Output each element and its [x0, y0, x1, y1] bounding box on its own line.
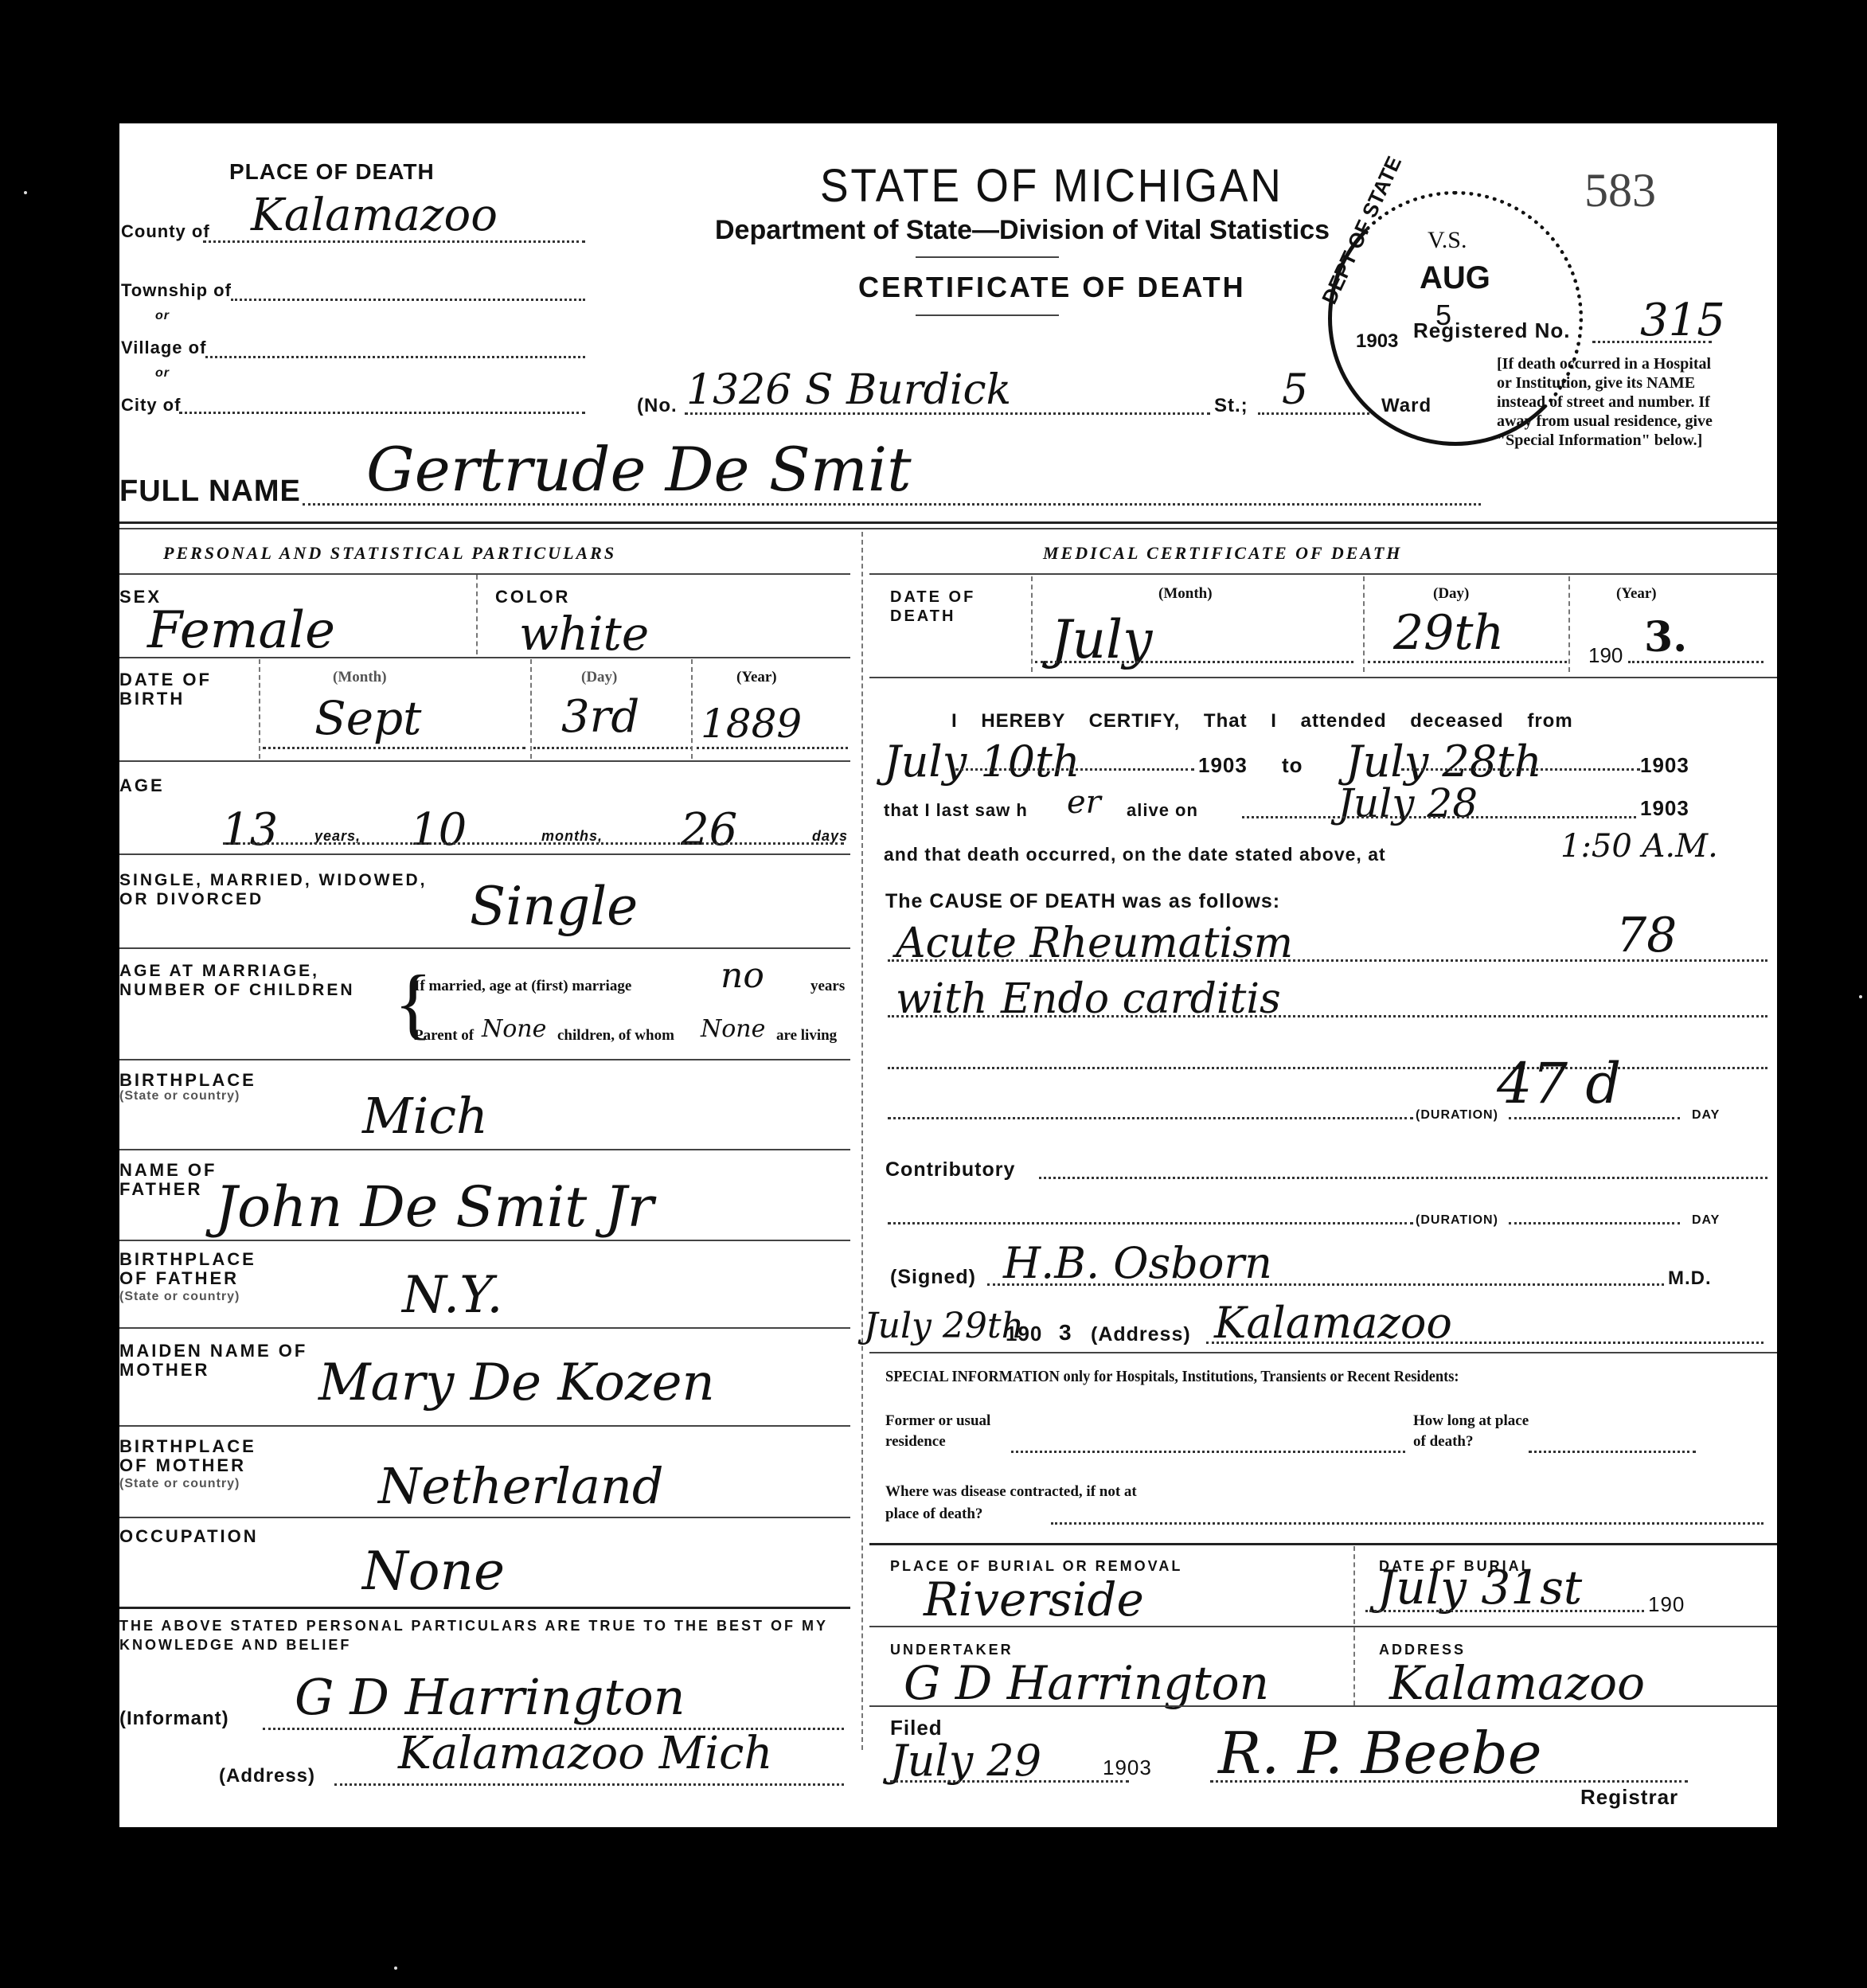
- registered-no-underline: [1592, 341, 1712, 343]
- registrar-label: Registrar: [1580, 1785, 1678, 1810]
- township-label: Township of: [121, 280, 232, 301]
- attest-text: THE ABOVE STATED PERSONAL PARTICULARS AR…: [119, 1616, 836, 1654]
- village-line[interactable]: [205, 356, 585, 358]
- state-title: STATE OF MICHIGAN: [820, 159, 1283, 213]
- film-speck: [394, 1967, 397, 1970]
- mother-label: MAIDEN NAME OF MOTHER: [119, 1342, 318, 1380]
- duration-value[interactable]: 47 d: [1497, 1051, 1621, 1116]
- last-saw-text-2: alive on: [1127, 800, 1198, 821]
- cause-line-1-underline: [888, 959, 1767, 962]
- ward-label: Ward: [1381, 395, 1431, 417]
- signed-line: [987, 1283, 1664, 1286]
- children-text-3: are living: [776, 1027, 837, 1045]
- signed-value[interactable]: H.B. Osborn: [1003, 1238, 1272, 1288]
- dod-day-line: [1368, 661, 1567, 663]
- age-line: [223, 842, 844, 845]
- row-line: [119, 657, 850, 658]
- dob-label: DATE OF BIRTH: [119, 670, 239, 709]
- burial-date-line: [1365, 1610, 1644, 1612]
- dod-label: DATE OF DEATH: [890, 588, 986, 626]
- row-line: [119, 760, 850, 762]
- divider: [916, 314, 1059, 316]
- serial-number: 583: [1584, 163, 1656, 218]
- last-saw-text-1: that I last saw h: [884, 800, 1028, 821]
- marriage-age-value[interactable]: no: [721, 955, 764, 996]
- attended-from-value[interactable]: July 10th: [884, 736, 1080, 787]
- age-days-value[interactable]: 26: [681, 804, 737, 856]
- children-value[interactable]: None: [482, 1015, 546, 1043]
- sign-date[interactable]: July 29th: [864, 1306, 1024, 1346]
- village-label: Village of: [121, 338, 206, 358]
- street-value[interactable]: 1326 S Burdick: [686, 366, 1011, 414]
- disease-contracted-label: Where was disease contracted, if not at …: [885, 1481, 1148, 1525]
- color-label: COLOR: [495, 588, 570, 607]
- contributory-line[interactable]: [1039, 1177, 1767, 1179]
- last-saw-line: [1242, 816, 1636, 818]
- last-saw-date[interactable]: July 28: [1338, 780, 1478, 826]
- film-speck: [1859, 995, 1862, 998]
- duration-unit-2: DAYS: [1692, 1213, 1720, 1228]
- birthplace-value[interactable]: Mich: [362, 1087, 488, 1145]
- occupation-value[interactable]: None: [362, 1541, 505, 1602]
- father-label: NAME OF FATHER: [119, 1161, 231, 1199]
- how-long-label: How long at place of death?: [1413, 1411, 1533, 1452]
- md-label: M.D.: [1668, 1267, 1712, 1290]
- row-line: [869, 1543, 1777, 1545]
- dod-month-label: (Month): [1158, 585, 1213, 603]
- children-text-1: Parent of: [414, 1027, 474, 1045]
- year-3: 1903: [1640, 796, 1689, 821]
- marriage-label: AGE AT MARRIAGE, NUMBER OF CHILDREN: [119, 962, 374, 1000]
- dob-day-label: (Day): [581, 669, 617, 686]
- registrar-signature[interactable]: R. P. Beebe: [1218, 1720, 1541, 1787]
- former-residence-label: Former or usual residence: [885, 1411, 1005, 1452]
- father-birthplace-value[interactable]: N.Y.: [402, 1266, 503, 1325]
- divider: [916, 256, 1059, 258]
- row-line: [869, 573, 1777, 575]
- row-line: [119, 1327, 850, 1329]
- or-label: or: [155, 366, 170, 381]
- sign-year-prefix: 190: [1006, 1322, 1042, 1346]
- dob-month-label: (Month): [333, 669, 387, 686]
- burial-date-year: 190: [1648, 1592, 1685, 1617]
- living-value[interactable]: None: [701, 1015, 765, 1043]
- color-value[interactable]: white: [519, 607, 649, 661]
- informant-address-label: (Address): [219, 1765, 315, 1787]
- age-label: AGE: [119, 776, 165, 795]
- street-no-label: (No.: [637, 395, 678, 417]
- dob-month-value[interactable]: Sept: [314, 691, 422, 745]
- burial-date-value[interactable]: July 31st: [1377, 1560, 1582, 1615]
- filed-date[interactable]: July 29: [890, 1736, 1041, 1786]
- marriage-age-text: If married, age at (first) marriage: [414, 978, 631, 995]
- city-label: City of: [121, 395, 181, 416]
- cell-divider: [1568, 576, 1570, 672]
- cause-line-1-duration[interactable]: 78: [1616, 908, 1677, 963]
- registered-no-value: 315: [1640, 295, 1725, 346]
- dod-year-prefix: 190: [1588, 643, 1623, 668]
- how-long-line[interactable]: [1529, 1451, 1696, 1453]
- cause-line-3-underline: [888, 1067, 1767, 1069]
- dob-day-line: [533, 747, 693, 749]
- duration-label: (DURATION): [1416, 1108, 1498, 1123]
- burial-place-value[interactable]: Riverside: [924, 1572, 1144, 1627]
- st-label: St.;: [1214, 395, 1248, 417]
- filed-year: 1903: [1103, 1756, 1152, 1780]
- birthplace-sub: (State or country): [119, 1089, 240, 1103]
- row-line: [119, 853, 850, 855]
- contributory-line-2: [888, 1222, 1413, 1224]
- age-years-value[interactable]: 13: [221, 804, 278, 856]
- stamp-month: AUG: [1420, 260, 1490, 296]
- dob-month-line: [263, 747, 525, 749]
- mother-birthplace-sub: (State or country): [119, 1477, 240, 1491]
- row-line: [869, 677, 1777, 678]
- attended-from-line: [955, 768, 1194, 771]
- cell-divider: [476, 575, 478, 654]
- cell-divider: [1031, 576, 1033, 672]
- registrar-line: [1210, 1780, 1688, 1783]
- cell-divider: [530, 659, 532, 759]
- hospital-note: [If death occurred in a Hospital or Inst…: [1497, 354, 1720, 514]
- dob-year-value[interactable]: 1889: [701, 701, 802, 747]
- death-time-text: and that death occurred, on the date sta…: [884, 844, 1386, 865]
- last-saw-pronoun[interactable]: er: [1067, 784, 1101, 821]
- dod-year-label: (Year): [1616, 585, 1657, 603]
- ward-value[interactable]: 5: [1282, 366, 1308, 414]
- dod-year-value[interactable]: 3.: [1644, 613, 1687, 662]
- attended-to-line: [1401, 768, 1640, 771]
- occupation-label: OCCUPATION: [119, 1527, 259, 1546]
- or-label: or: [155, 309, 170, 323]
- film-speck: [24, 191, 27, 194]
- sign-address-line: [1206, 1342, 1763, 1344]
- section-divider: [119, 521, 1777, 524]
- sign-address-label: (Address): [1091, 1323, 1191, 1346]
- stamp-year: 1903: [1356, 330, 1398, 353]
- row-line: [119, 1425, 850, 1427]
- birthplace-label: BIRTHPLACE: [119, 1071, 256, 1090]
- row-line: [119, 1517, 850, 1518]
- cell-divider: [1363, 576, 1365, 672]
- row-line: [869, 1352, 1777, 1353]
- dob-year-label: (Year): [736, 669, 777, 686]
- row-line: [119, 573, 850, 575]
- marriage-years-label: years: [810, 978, 845, 995]
- county-label: County of: [121, 221, 210, 242]
- signed-label: (Signed): [890, 1266, 976, 1289]
- certificate-title: CERTIFICATE OF DEATH: [858, 271, 1246, 304]
- registered-no-label: Registered No.: [1413, 318, 1571, 343]
- full-name-value[interactable]: Gertrude De Smit: [366, 434, 912, 505]
- certify-text: I HEREBY CERTIFY, That I attended deceas…: [951, 710, 1573, 732]
- cause-line-2-underline: [888, 1015, 1767, 1017]
- undertaker-value[interactable]: G D Harrington: [904, 1656, 1269, 1710]
- cause-line-4-underline: [888, 1117, 1413, 1119]
- filed-date-line: [890, 1780, 1129, 1783]
- death-time-value[interactable]: 1:50 A.M.: [1560, 828, 1718, 865]
- undertaker-address-value[interactable]: Kalamazoo: [1389, 1656, 1645, 1710]
- father-value[interactable]: John De Smit Jr: [215, 1174, 654, 1240]
- sex-value[interactable]: Female: [147, 601, 335, 660]
- dod-day-value[interactable]: 29th: [1393, 605, 1504, 661]
- row-line: [119, 1059, 850, 1060]
- county-value[interactable]: Kalamazoo: [251, 189, 498, 241]
- informant-address-value[interactable]: Kalamazoo Mich: [398, 1728, 772, 1779]
- sign-year-suffix: 3: [1059, 1320, 1072, 1346]
- father-birthplace-sub: (State or country): [119, 1290, 240, 1304]
- father-birthplace-label: BIRTHPLACE OF FATHER: [119, 1250, 279, 1288]
- dod-month-line: [1035, 661, 1353, 663]
- marital-label: SINGLE, MARRIED, WIDOWED, OR DIVORCED: [119, 871, 454, 909]
- stamp-vs: V.S.: [1428, 227, 1467, 254]
- special-info-heading: SPECIAL INFORMATION only for Hospitals, …: [885, 1368, 1459, 1386]
- township-line[interactable]: [231, 299, 585, 301]
- row-line: [119, 947, 850, 949]
- informant-label: (Informant): [119, 1708, 229, 1730]
- column-divider: [861, 532, 863, 1750]
- department-line: Department of State—Division of Vital St…: [715, 215, 1330, 246]
- former-residence-line[interactable]: [1011, 1451, 1405, 1453]
- row-line: [119, 1240, 850, 1241]
- year-2: 1903: [1640, 753, 1689, 778]
- section-divider: [119, 528, 1777, 529]
- city-line[interactable]: [179, 412, 585, 414]
- cause-label: The CAUSE OF DEATH was as follows:: [885, 890, 1280, 913]
- place-of-death-heading: PLACE OF DEATH: [229, 159, 435, 185]
- medical-heading: MEDICAL CERTIFICATE OF DEATH: [1043, 543, 1402, 564]
- year-1: 1903: [1198, 753, 1248, 778]
- dob-day-value[interactable]: 3rd: [561, 691, 639, 743]
- marital-value[interactable]: Single: [470, 876, 638, 937]
- dob-year-line: [697, 747, 848, 749]
- duration-line: [1509, 1117, 1680, 1119]
- sign-address-value[interactable]: Kalamazoo: [1214, 1298, 1452, 1348]
- informant-address-line: [334, 1783, 844, 1786]
- contributory-label: Contributory: [885, 1158, 1015, 1181]
- attended-to-value[interactable]: July 28th: [1346, 736, 1542, 787]
- mother-value[interactable]: Mary De Kozen: [318, 1353, 715, 1412]
- age-months-value[interactable]: 10: [410, 804, 467, 856]
- cell-divider: [691, 659, 693, 759]
- row-line: [869, 1705, 1777, 1707]
- duration-label-2: (DURATION): [1416, 1213, 1498, 1228]
- dod-year-line: [1628, 661, 1763, 663]
- ward-line: [1258, 412, 1369, 415]
- informant-value[interactable]: G D Harrington: [295, 1668, 685, 1726]
- row-line: [869, 1626, 1777, 1627]
- dod-day-label: (Day): [1433, 585, 1469, 603]
- children-text-2: children, of whom: [557, 1027, 674, 1045]
- personal-heading: PERSONAL AND STATISTICAL PARTICULARS: [163, 543, 616, 564]
- disease-contracted-line[interactable]: [1051, 1522, 1763, 1525]
- mother-birthplace-value[interactable]: Netherland: [378, 1457, 664, 1515]
- row-line: [119, 1149, 850, 1150]
- mother-birthplace-label: BIRTHPLACE OF MOTHER: [119, 1437, 279, 1475]
- cell-divider: [259, 659, 260, 759]
- to-label: to: [1282, 753, 1303, 778]
- duration-line-2: [1509, 1222, 1680, 1224]
- row-line: [119, 1607, 850, 1609]
- duration-unit: DAYS: [1692, 1108, 1720, 1123]
- full-name-label: FULL NAME: [119, 475, 301, 509]
